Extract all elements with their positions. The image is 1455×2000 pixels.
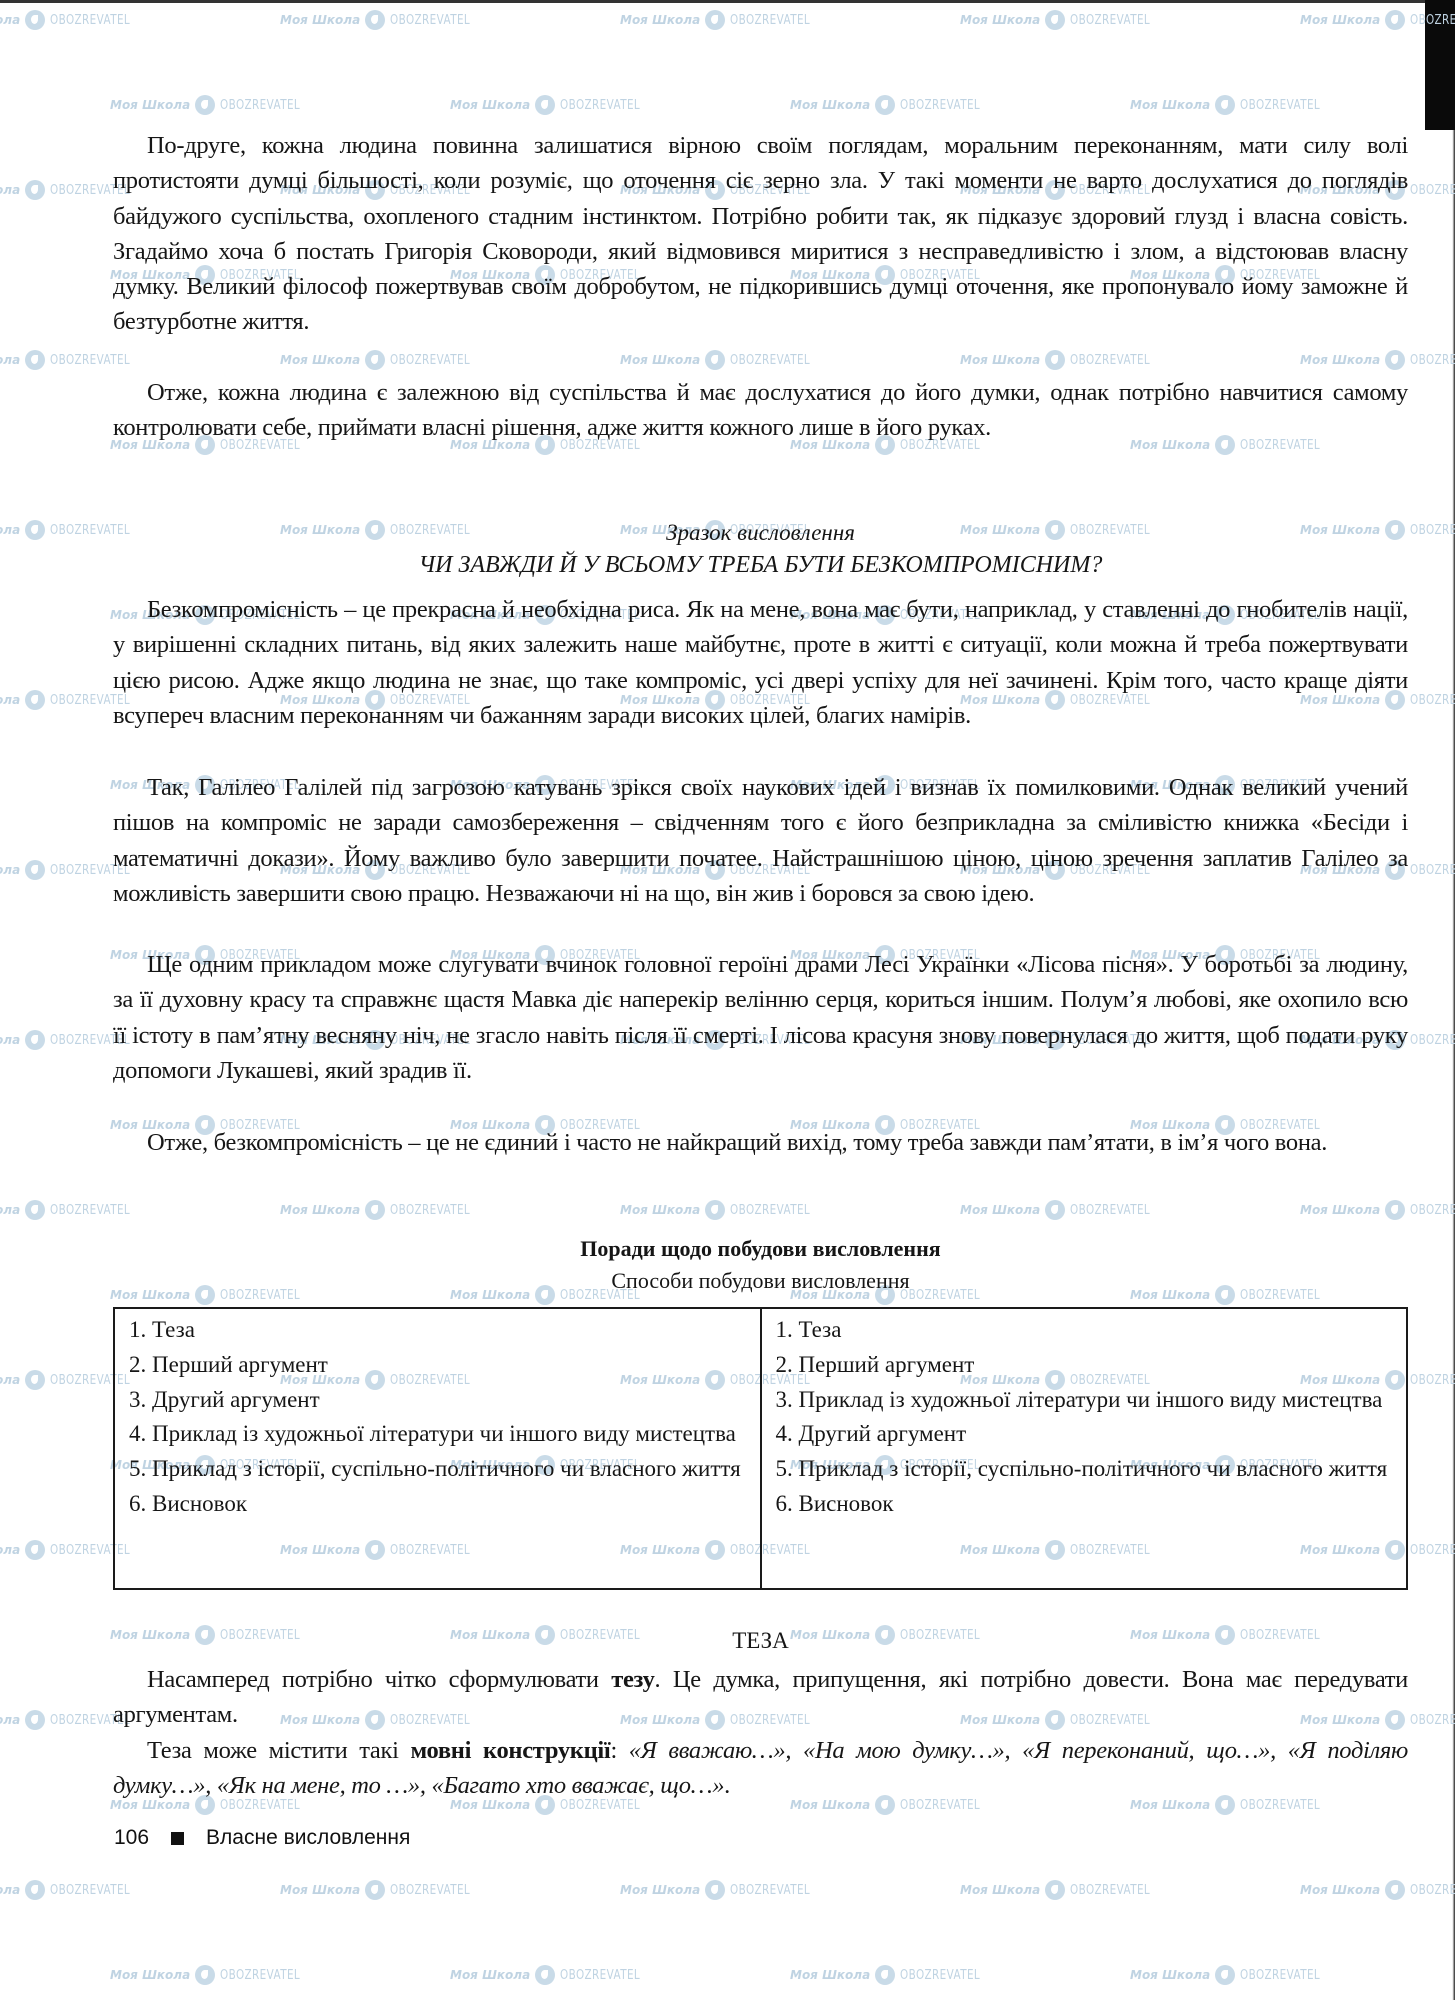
obozrevatel-logo-icon	[1045, 10, 1065, 30]
paragraph-conclusion: Отже, кожна людина є залежною від суспіл…	[113, 375, 1408, 446]
obozrevatel-logo-icon	[25, 1540, 45, 1560]
watermark: Моя ШколаOBOZREVATEL	[960, 1880, 1170, 1900]
obozrevatel-logo-icon	[365, 1880, 385, 1900]
obozrevatel-logo-icon	[365, 1200, 385, 1220]
table-column-left: 1. Теза2. Перший аргумент3. Другий аргум…	[115, 1309, 760, 1588]
construction-methods-table: 1. Теза2. Перший аргумент3. Другий аргум…	[113, 1307, 1408, 1590]
obozrevatel-logo-icon	[1215, 1965, 1235, 1985]
obozrevatel-logo-icon	[195, 1965, 215, 1985]
watermark: Моя ШколаOBOZREVATEL	[1300, 350, 1455, 370]
watermark: Моя ШколаOBOZREVATEL	[620, 10, 830, 30]
advice-subheading: Способи побудови висловлення	[113, 1268, 1408, 1294]
watermark: Моя ШколаOBOZREVATEL	[280, 1880, 490, 1900]
table-item: 1. Теза	[129, 1313, 748, 1348]
language-constructions-keyword: мовні конструкції	[410, 1737, 610, 1764]
obozrevatel-logo-icon	[535, 95, 555, 115]
obozrevatel-logo-icon	[705, 350, 725, 370]
watermark: Моя ШколаOBOZREVATEL	[620, 350, 830, 370]
scan-edge-right	[1425, 0, 1455, 130]
watermark: Моя ШколаOBOZREVATEL	[790, 95, 1000, 115]
watermark: Моя ШколаOBOZREVATEL	[0, 10, 150, 30]
thesis-p2-text: Теза може містити такі	[147, 1737, 410, 1764]
watermark: Моя ШколаOBOZREVATEL	[0, 1200, 150, 1220]
thesis-p2-end: .	[724, 1772, 730, 1799]
scan-edge-top	[0, 0, 1425, 3]
obozrevatel-logo-icon	[25, 1710, 45, 1730]
table-item: 4. Приклад із художньої літератури чи ін…	[129, 1417, 748, 1452]
watermark: Моя ШколаOBOZREVATEL	[1300, 1200, 1455, 1220]
table-item: 6. Висновок	[129, 1487, 748, 1522]
watermark: Моя ШколаOBOZREVATEL	[1130, 95, 1340, 115]
advice-heading: Поради щодо побудови висловлення	[113, 1236, 1408, 1262]
watermark: Моя ШколаOBOZREVATEL	[450, 1965, 660, 1985]
watermark: Моя ШколаOBOZREVATEL	[620, 1880, 830, 1900]
obozrevatel-logo-icon	[1385, 1880, 1405, 1900]
obozrevatel-logo-icon	[25, 690, 45, 710]
square-bullet-icon	[171, 1832, 184, 1845]
obozrevatel-logo-icon	[1045, 1880, 1065, 1900]
obozrevatel-logo-icon	[25, 1030, 45, 1050]
thesis-p1-text: Насамперед потрібно чітко сформулювати	[147, 1666, 611, 1693]
watermark: Моя ШколаOBOZREVATEL	[280, 350, 490, 370]
thesis-p2-colon: :	[610, 1737, 628, 1764]
sample-paragraph-4: Отже, безкомпромісність – це не єдиний і…	[113, 1125, 1408, 1160]
thesis-keyword: тезу	[611, 1666, 654, 1693]
table-item: 5. Приклад з історії, суспільно-політичн…	[129, 1452, 748, 1487]
obozrevatel-logo-icon	[875, 95, 895, 115]
thesis-paragraph-1: Насамперед потрібно чітко сформулювати т…	[113, 1662, 1408, 1733]
obozrevatel-logo-icon	[195, 95, 215, 115]
sample-label: Зразок висловлення	[113, 520, 1408, 546]
watermark: Моя ШколаOBOZREVATEL	[790, 1965, 1000, 1985]
page-footer: 106 Власне висловлення	[114, 1826, 410, 1850]
obozrevatel-logo-icon	[1045, 350, 1065, 370]
watermark: Моя ШколаOBOZREVATEL	[620, 1200, 830, 1220]
watermark: Моя ШколаOBOZREVATEL	[450, 95, 660, 115]
table-item: 5. Приклад з історії, суспільно-політичн…	[776, 1452, 1395, 1487]
obozrevatel-logo-icon	[1385, 350, 1405, 370]
table-item: 1. Теза	[776, 1313, 1395, 1348]
watermark: Моя ШколаOBOZREVATEL	[280, 1200, 490, 1220]
obozrevatel-logo-icon	[875, 1965, 895, 1985]
obozrevatel-logo-icon	[25, 1880, 45, 1900]
obozrevatel-logo-icon	[25, 860, 45, 880]
table-item: 2. Перший аргумент	[129, 1348, 748, 1383]
obozrevatel-logo-icon	[25, 1370, 45, 1390]
watermark: Моя ШколаOBOZREVATEL	[280, 10, 490, 30]
sample-paragraph-3: Ще одним прикладом може слугувати вчинок…	[113, 947, 1408, 1088]
scan-edge-right-shadow	[1433, 130, 1455, 2000]
obozrevatel-logo-icon	[25, 1200, 45, 1220]
section-title: Власне висловлення	[206, 1826, 410, 1850]
table-column-right: 1. Теза2. Перший аргумент3. Приклад із х…	[760, 1309, 1407, 1588]
obozrevatel-logo-icon	[705, 1200, 725, 1220]
obozrevatel-logo-icon	[1045, 1200, 1065, 1220]
watermark: Моя ШколаOBOZREVATEL	[1130, 1965, 1340, 1985]
watermark: Моя ШколаOBOZREVATEL	[960, 10, 1170, 30]
obozrevatel-logo-icon	[25, 520, 45, 540]
watermark: Моя ШколаOBOZREVATEL	[960, 1200, 1170, 1220]
obozrevatel-logo-icon	[535, 1965, 555, 1985]
sample-title: ЧИ ЗАВЖДИ Й У ВСЬОМУ ТРЕБА БУТИ БЕЗКОМПР…	[113, 552, 1408, 579]
thesis-paragraph-2: Теза може містити такі мовні конструкції…	[113, 1733, 1408, 1804]
watermark: Моя ШколаOBOZREVATEL	[0, 350, 150, 370]
obozrevatel-logo-icon	[365, 10, 385, 30]
obozrevatel-logo-icon	[705, 1880, 725, 1900]
table-item: 4. Другий аргумент	[776, 1417, 1395, 1452]
page-number: 106	[114, 1826, 149, 1850]
obozrevatel-logo-icon	[1385, 1200, 1405, 1220]
obozrevatel-logo-icon	[25, 10, 45, 30]
obozrevatel-logo-icon	[25, 180, 45, 200]
watermark: Моя ШколаOBOZREVATEL	[110, 1965, 320, 1985]
obozrevatel-logo-icon	[25, 350, 45, 370]
thesis-heading: ТЕЗА	[113, 1628, 1408, 1654]
watermark: Моя ШколаOBOZREVATEL	[0, 1880, 150, 1900]
paragraph-skovoroda: По-друге, кожна людина повинна залишатис…	[113, 128, 1408, 340]
obozrevatel-logo-icon	[365, 350, 385, 370]
table-item: 3. Приклад із художньої літератури чи ін…	[776, 1383, 1395, 1418]
sample-paragraph-1: Безкомпромісність – це прекрасна й необх…	[113, 592, 1408, 733]
table-item: 6. Висновок	[776, 1487, 1395, 1522]
obozrevatel-logo-icon	[1215, 95, 1235, 115]
watermark: Моя ШколаOBOZREVATEL	[960, 350, 1170, 370]
watermark: Моя ШколаOBOZREVATEL	[110, 95, 320, 115]
table-item: 3. Другий аргумент	[129, 1383, 748, 1418]
watermark: Моя ШколаOBOZREVATEL	[1300, 1880, 1455, 1900]
obozrevatel-logo-icon	[705, 10, 725, 30]
sample-paragraph-2: Так, Галілео Галілей під загрозою катува…	[113, 770, 1408, 911]
table-item: 2. Перший аргумент	[776, 1348, 1395, 1383]
obozrevatel-logo-icon	[1385, 10, 1405, 30]
